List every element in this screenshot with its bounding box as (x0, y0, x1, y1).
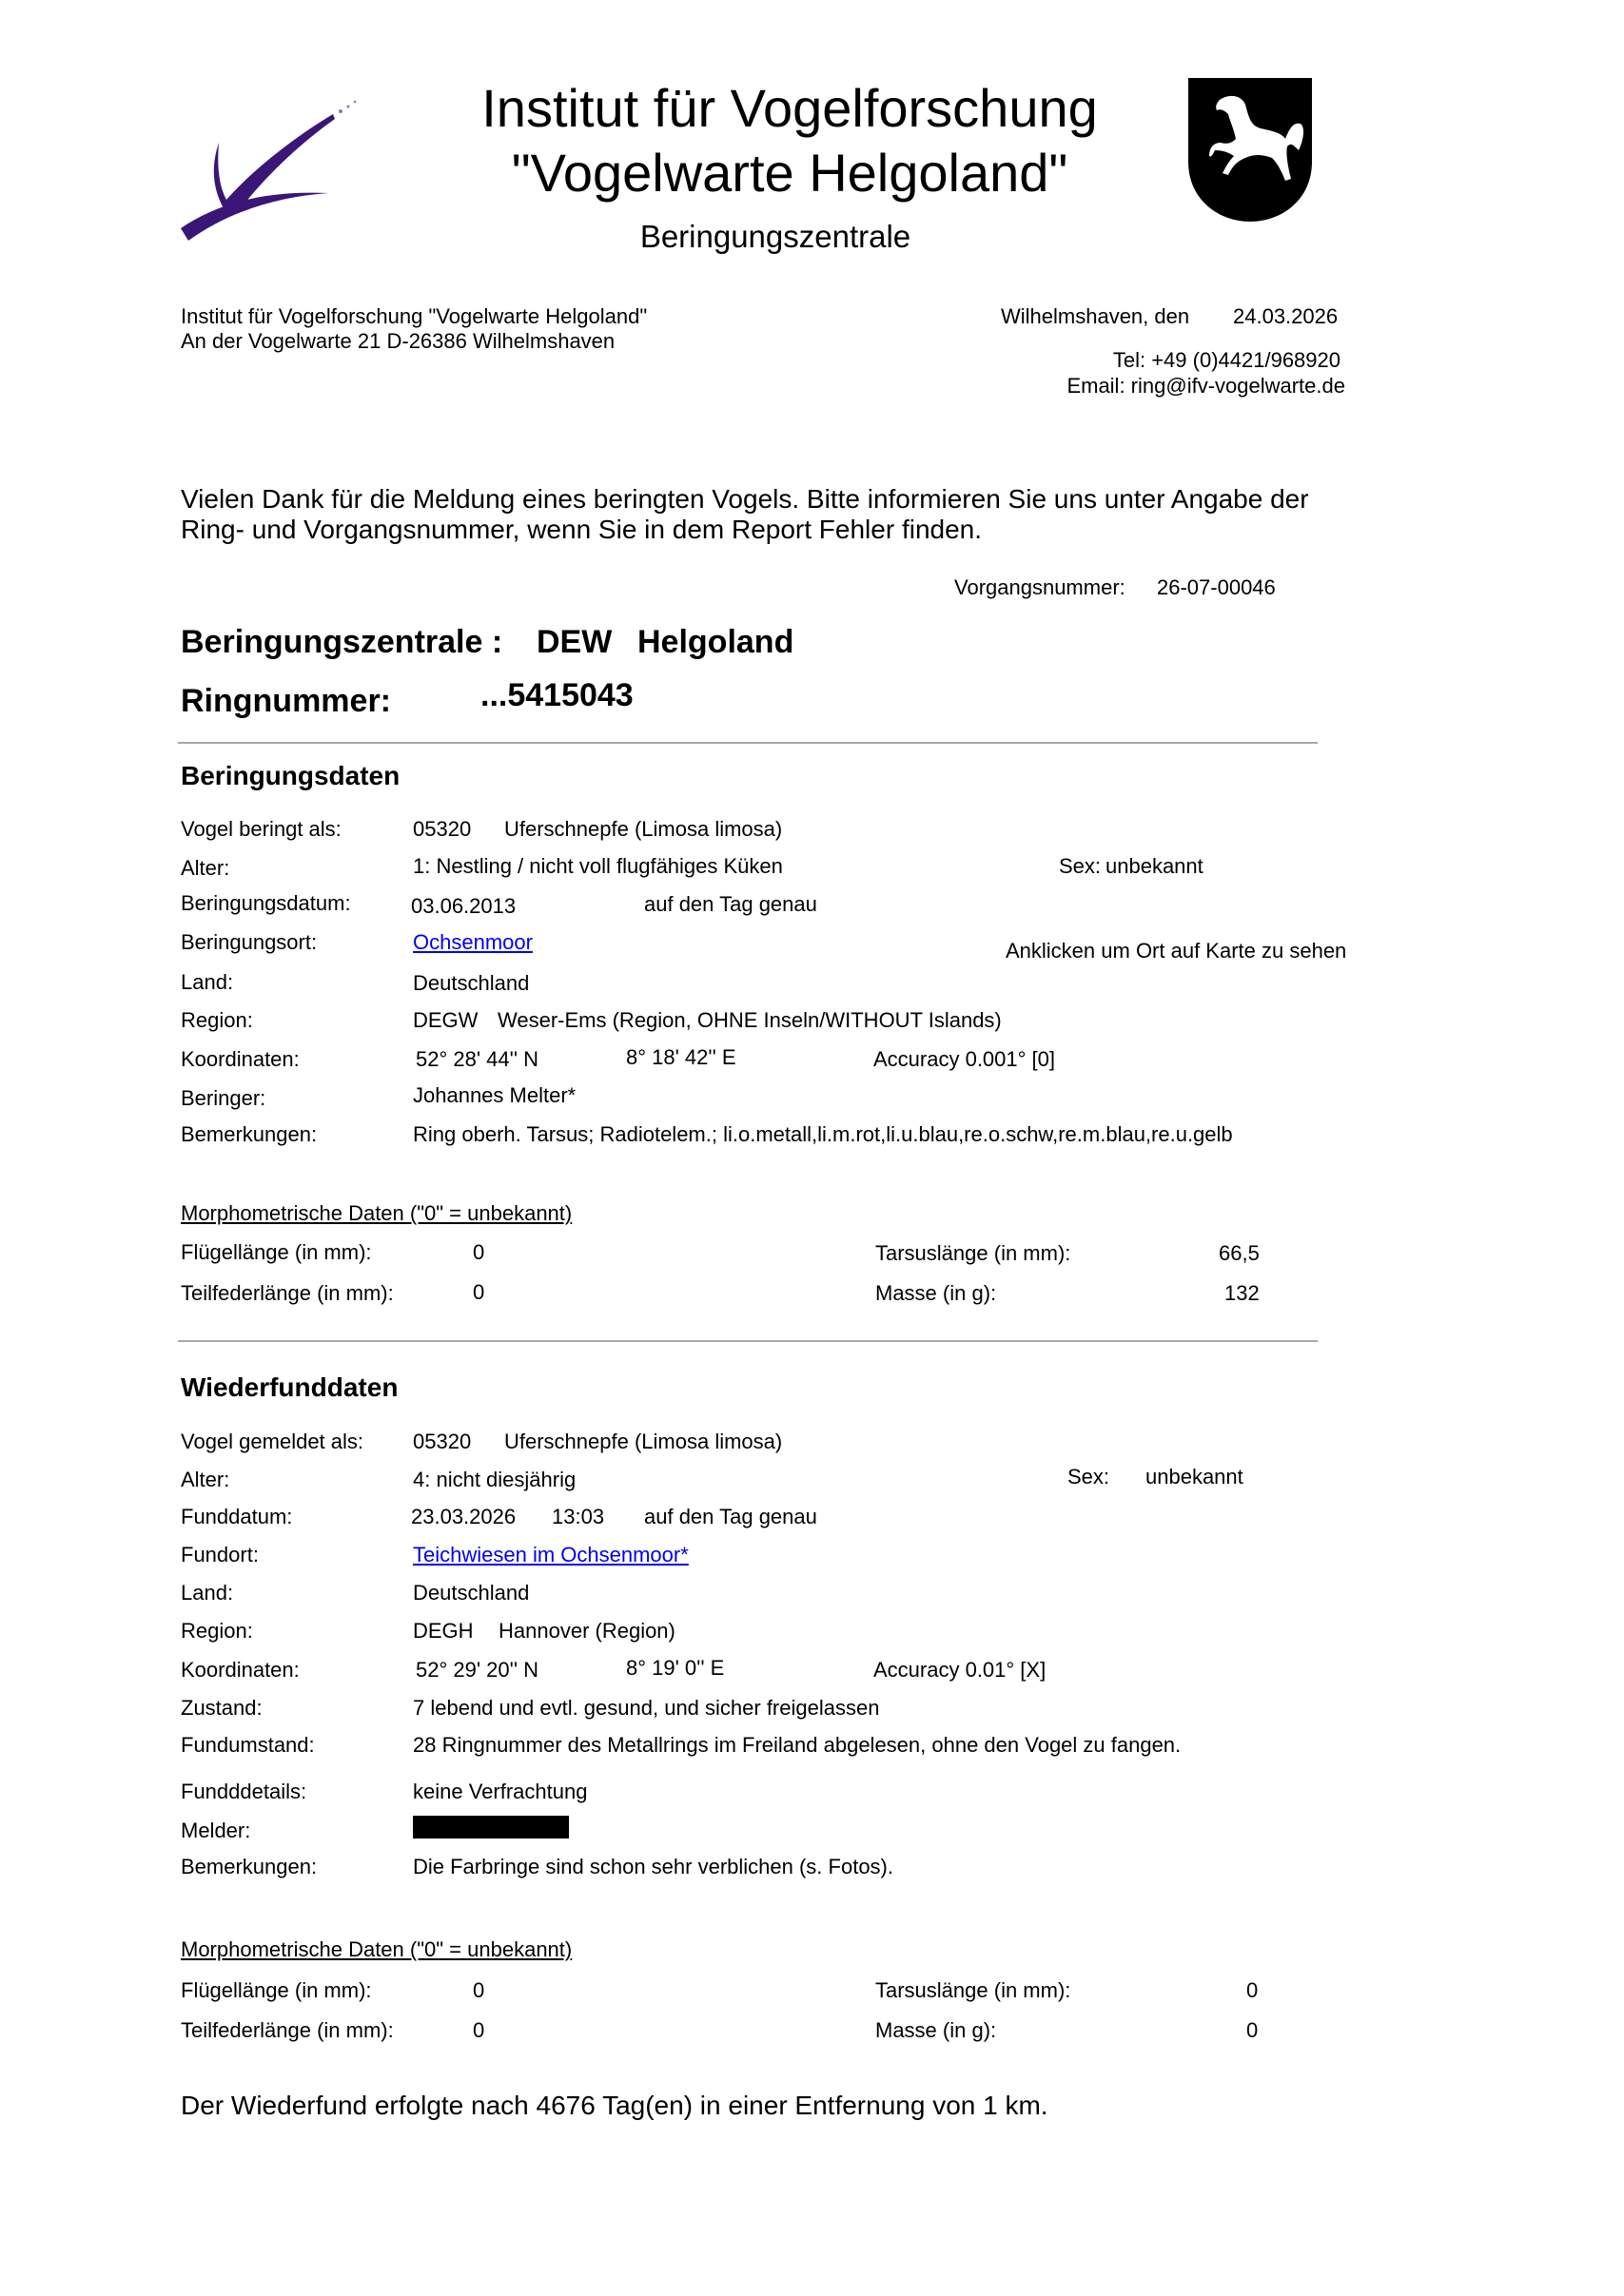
ringing-wing-label: Flügellänge (in mm): (181, 1240, 372, 1265)
institute-title: Institut für Vogelforschung (0, 78, 1579, 139)
scheme-name: Helgoland (637, 624, 793, 661)
intro-line-1: Vielen Dank für die Meldung eines bering… (181, 483, 1309, 516)
recovery-region-label: Region: (181, 1619, 253, 1644)
ringing-region-label: Region: (181, 1008, 253, 1033)
recovery-mass-value: 0 (1246, 2018, 1258, 2043)
ringing-species-name: Uferschnepfe (Limosa limosa) (504, 817, 782, 842)
ringing-species-code: 05320 (413, 817, 471, 842)
finder-label: Melder: (181, 1819, 250, 1843)
institute-subtitle: "Vogelwarte Helgoland" (0, 143, 1579, 204)
place-label: Wilhelmshaven, den (1001, 304, 1189, 329)
ringing-date-label: Beringungsdatum: (181, 891, 351, 916)
ringing-country-label: Land: (181, 970, 233, 995)
ringing-coords-label: Koordinaten: (181, 1047, 300, 1072)
case-number-value: 26-07-00046 (1157, 575, 1276, 600)
circumstance-label: Fundumstand: (181, 1733, 315, 1758)
circumstance-value: 28 Ringnummer des Metallrings im Freilan… (413, 1733, 1181, 1758)
ringing-region-code: DEGW (413, 1008, 478, 1033)
recovery-tarsus-value: 0 (1246, 1978, 1258, 2003)
case-number-label: Vorgangsnummer: (954, 575, 1125, 600)
ringing-remarks-label: Bemerkungen: (181, 1122, 317, 1147)
recovery-tarsus-label: Tarsuslänge (in mm): (875, 1978, 1070, 2003)
recovery-feather-label: Teilfederlänge (in mm): (181, 2018, 394, 2043)
scheme-label: Beringungszentrale : (181, 624, 502, 661)
ringing-mass-value: 132 (1224, 1281, 1260, 1306)
map-hint: Anklicken um Ort auf Karte zu sehen (1006, 939, 1346, 963)
recovery-accuracy: Accuracy 0.01° [X] (873, 1658, 1046, 1683)
ringing-date-accuracy: auf den Tag genau (644, 892, 817, 917)
ringing-lon: 8° 18' 42'' E (626, 1045, 736, 1070)
ringing-lat: 52° 28' 44'' N (416, 1047, 538, 1072)
recovery-time-value: 13:03 (552, 1505, 604, 1529)
recovery-mass-label: Masse (in g): (875, 2018, 996, 2043)
ringing-species-label: Vogel beringt als: (181, 817, 342, 842)
recovery-sex-label: Sex: (1067, 1465, 1109, 1489)
ringing-accuracy: Accuracy 0.001° [0] (873, 1047, 1055, 1072)
recovery-lon: 8° 19' 0'' E (626, 1656, 724, 1681)
details-value: keine Verfrachtung (413, 1780, 587, 1804)
recovery-coords-label: Koordinaten: (181, 1658, 300, 1683)
ringing-sex-value: unbekannt (1105, 854, 1203, 879)
phone: Tel: +49 (0)4421/968920 (1113, 348, 1340, 373)
ringer-value: Johannes Melter* (413, 1083, 576, 1108)
ringer-label: Beringer: (181, 1086, 265, 1111)
divider (178, 742, 1318, 744)
ringing-age-value: 1: Nestling / nicht voll flugfähiges Kük… (413, 854, 783, 879)
ringing-sex-label: Sex: (1059, 854, 1101, 879)
ringing-remarks-value: Ring oberh. Tarsus; Radiotelem.; li.o.me… (413, 1122, 1233, 1147)
ringing-age-label: Alter: (181, 856, 229, 881)
recovery-species-code: 05320 (413, 1430, 471, 1454)
recovery-feather-value: 0 (473, 2018, 484, 2043)
ringing-feather-label: Teilfederlänge (in mm): (181, 1281, 394, 1306)
recovery-age-value: 4: nicht diesjährig (413, 1468, 576, 1492)
recovery-region-name: Hannover (Region) (499, 1619, 675, 1644)
recovery-place-link[interactable]: Teichwiesen im Ochsenmoor* (413, 1543, 689, 1567)
details-label: Fundddetails: (181, 1780, 306, 1804)
ringing-morph-heading: Morphometrische Daten ("0" = unbekannt) (181, 1201, 572, 1226)
recovery-country-label: Land: (181, 1581, 233, 1605)
ringing-country-value: Deutschland (413, 971, 529, 996)
ringing-feather-value: 0 (473, 1280, 484, 1305)
recovery-date-value: 23.03.2026 (411, 1505, 516, 1529)
recovery-remarks-label: Bemerkungen: (181, 1855, 317, 1879)
ring-number: ...5415043 (480, 677, 634, 714)
recovery-morph-heading: Morphometrische Daten ("0" = unbekannt) (181, 1937, 572, 1962)
recovery-region-code: DEGH (413, 1619, 474, 1644)
recovery-place-label: Fundort: (181, 1543, 259, 1567)
recovery-remarks-value: Die Farbringe sind schon sehr verblichen… (413, 1855, 893, 1879)
recovery-wing-label: Flügellänge (in mm): (181, 1978, 372, 2003)
recovery-species-label: Vogel gemeldet als: (181, 1430, 363, 1454)
ringing-wing-value: 0 (473, 1240, 484, 1265)
ringing-place-link[interactable]: Ochsenmoor (413, 930, 533, 955)
scheme-code: DEW (537, 624, 612, 661)
email: Email: ring@ifv-vogelwarte.de (1066, 374, 1345, 399)
recovery-date-label: Funddatum: (181, 1505, 292, 1529)
intro-line-2: Ring- und Vorgangsnummer, wenn Sie in de… (181, 514, 982, 546)
recovery-species-name: Uferschnepfe (Limosa limosa) (504, 1430, 782, 1454)
ringing-mass-label: Masse (in g): (875, 1281, 996, 1306)
department-title: Beringungszentrale (0, 219, 1551, 255)
address-line-2: An der Vogelwarte 21 D-26386 Wilhelmshav… (181, 329, 615, 354)
ringing-region-name: Weser-Ems (Region, OHNE Inseln/WITHOUT I… (498, 1008, 1002, 1033)
recovery-wing-value: 0 (473, 1978, 484, 2003)
letter-date: 24.03.2026 (1233, 304, 1338, 329)
recovery-date-accuracy: auf den Tag genau (644, 1505, 817, 1529)
divider (178, 1340, 1318, 1342)
recovery-lat: 52° 29' 20'' N (416, 1658, 538, 1683)
ringing-heading: Beringungsdaten (181, 761, 400, 791)
recovery-age-label: Alter: (181, 1468, 229, 1492)
ring-label: Ringnummer: (181, 683, 391, 720)
recovery-sex-value: unbekannt (1145, 1465, 1243, 1489)
ringing-place-label: Beringungsort: (181, 930, 317, 955)
finder-redacted (413, 1816, 569, 1839)
address-line-1: Institut für Vogelforschung "Vogelwarte … (181, 304, 647, 329)
ringing-date-value: 03.06.2013 (411, 894, 516, 919)
ringing-tarsus-label: Tarsuslänge (in mm): (875, 1241, 1070, 1266)
ringing-tarsus-value: 66,5 (1219, 1241, 1260, 1266)
recovery-country-value: Deutschland (413, 1581, 529, 1605)
condition-label: Zustand: (181, 1696, 263, 1721)
recovery-heading: Wiederfunddaten (181, 1372, 398, 1403)
condition-value: 7 lebend und evtl. gesund, und sicher fr… (413, 1696, 879, 1721)
recovery-summary: Der Wiederfund erfolgte nach 4676 Tag(en… (181, 2091, 1048, 2121)
